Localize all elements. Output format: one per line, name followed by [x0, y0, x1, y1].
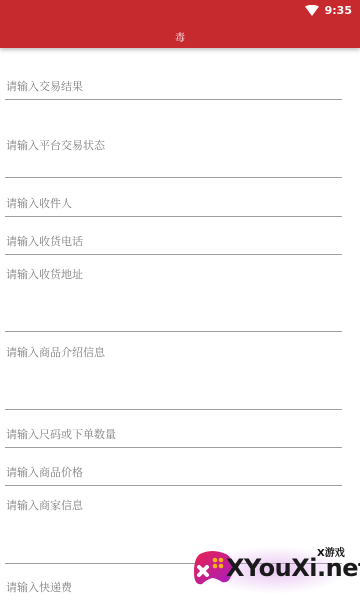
- watermark: X游戏 XYouXi.net: [190, 538, 358, 600]
- field-underline: [5, 99, 342, 100]
- recipient-input[interactable]: 请输入收件人: [0, 197, 360, 219]
- trade-result-input[interactable]: 请输入交易结果: [0, 80, 360, 102]
- field-underline: [5, 254, 342, 255]
- field-placeholder: 请输入商品介绍信息: [6, 346, 105, 360]
- field-underline: [5, 216, 342, 217]
- shipping-address-input[interactable]: 请输入收货地址: [0, 268, 360, 333]
- size-quantity-input[interactable]: 请输入尺码或下单数量: [0, 428, 360, 450]
- platform-trade-status-input[interactable]: 请输入平台交易状态: [0, 139, 360, 179]
- field-placeholder: 请输入快递费: [6, 581, 72, 595]
- product-price-input[interactable]: 请输入商品价格: [0, 466, 360, 488]
- field-underline: [5, 331, 342, 332]
- page-title: 毒: [0, 29, 360, 44]
- field-underline: [5, 177, 342, 178]
- wifi-icon: [305, 5, 319, 16]
- field-placeholder: 请输入收件人: [6, 197, 72, 211]
- field-placeholder: 请输入商品价格: [6, 466, 83, 480]
- recipient-phone-input[interactable]: 请输入收货电话: [0, 235, 360, 257]
- watermark-brand: XYouXi.net: [226, 554, 360, 582]
- field-placeholder: 请输入收货电话: [6, 235, 83, 249]
- field-underline: [5, 409, 342, 410]
- app-bar: 9:35 毒: [0, 0, 360, 48]
- field-placeholder: 请输入尺码或下单数量: [6, 428, 116, 442]
- field-underline: [5, 485, 342, 486]
- field-placeholder: 请输入交易结果: [6, 80, 83, 94]
- field-placeholder: 请输入收货地址: [6, 268, 83, 282]
- field-underline: [5, 447, 342, 448]
- product-description-input[interactable]: 请输入商品介绍信息: [0, 346, 360, 411]
- status-time: 9:35: [325, 4, 352, 17]
- field-placeholder: 请输入商家信息: [6, 499, 83, 513]
- status-bar: 9:35: [305, 2, 352, 18]
- field-placeholder: 请输入平台交易状态: [6, 139, 105, 153]
